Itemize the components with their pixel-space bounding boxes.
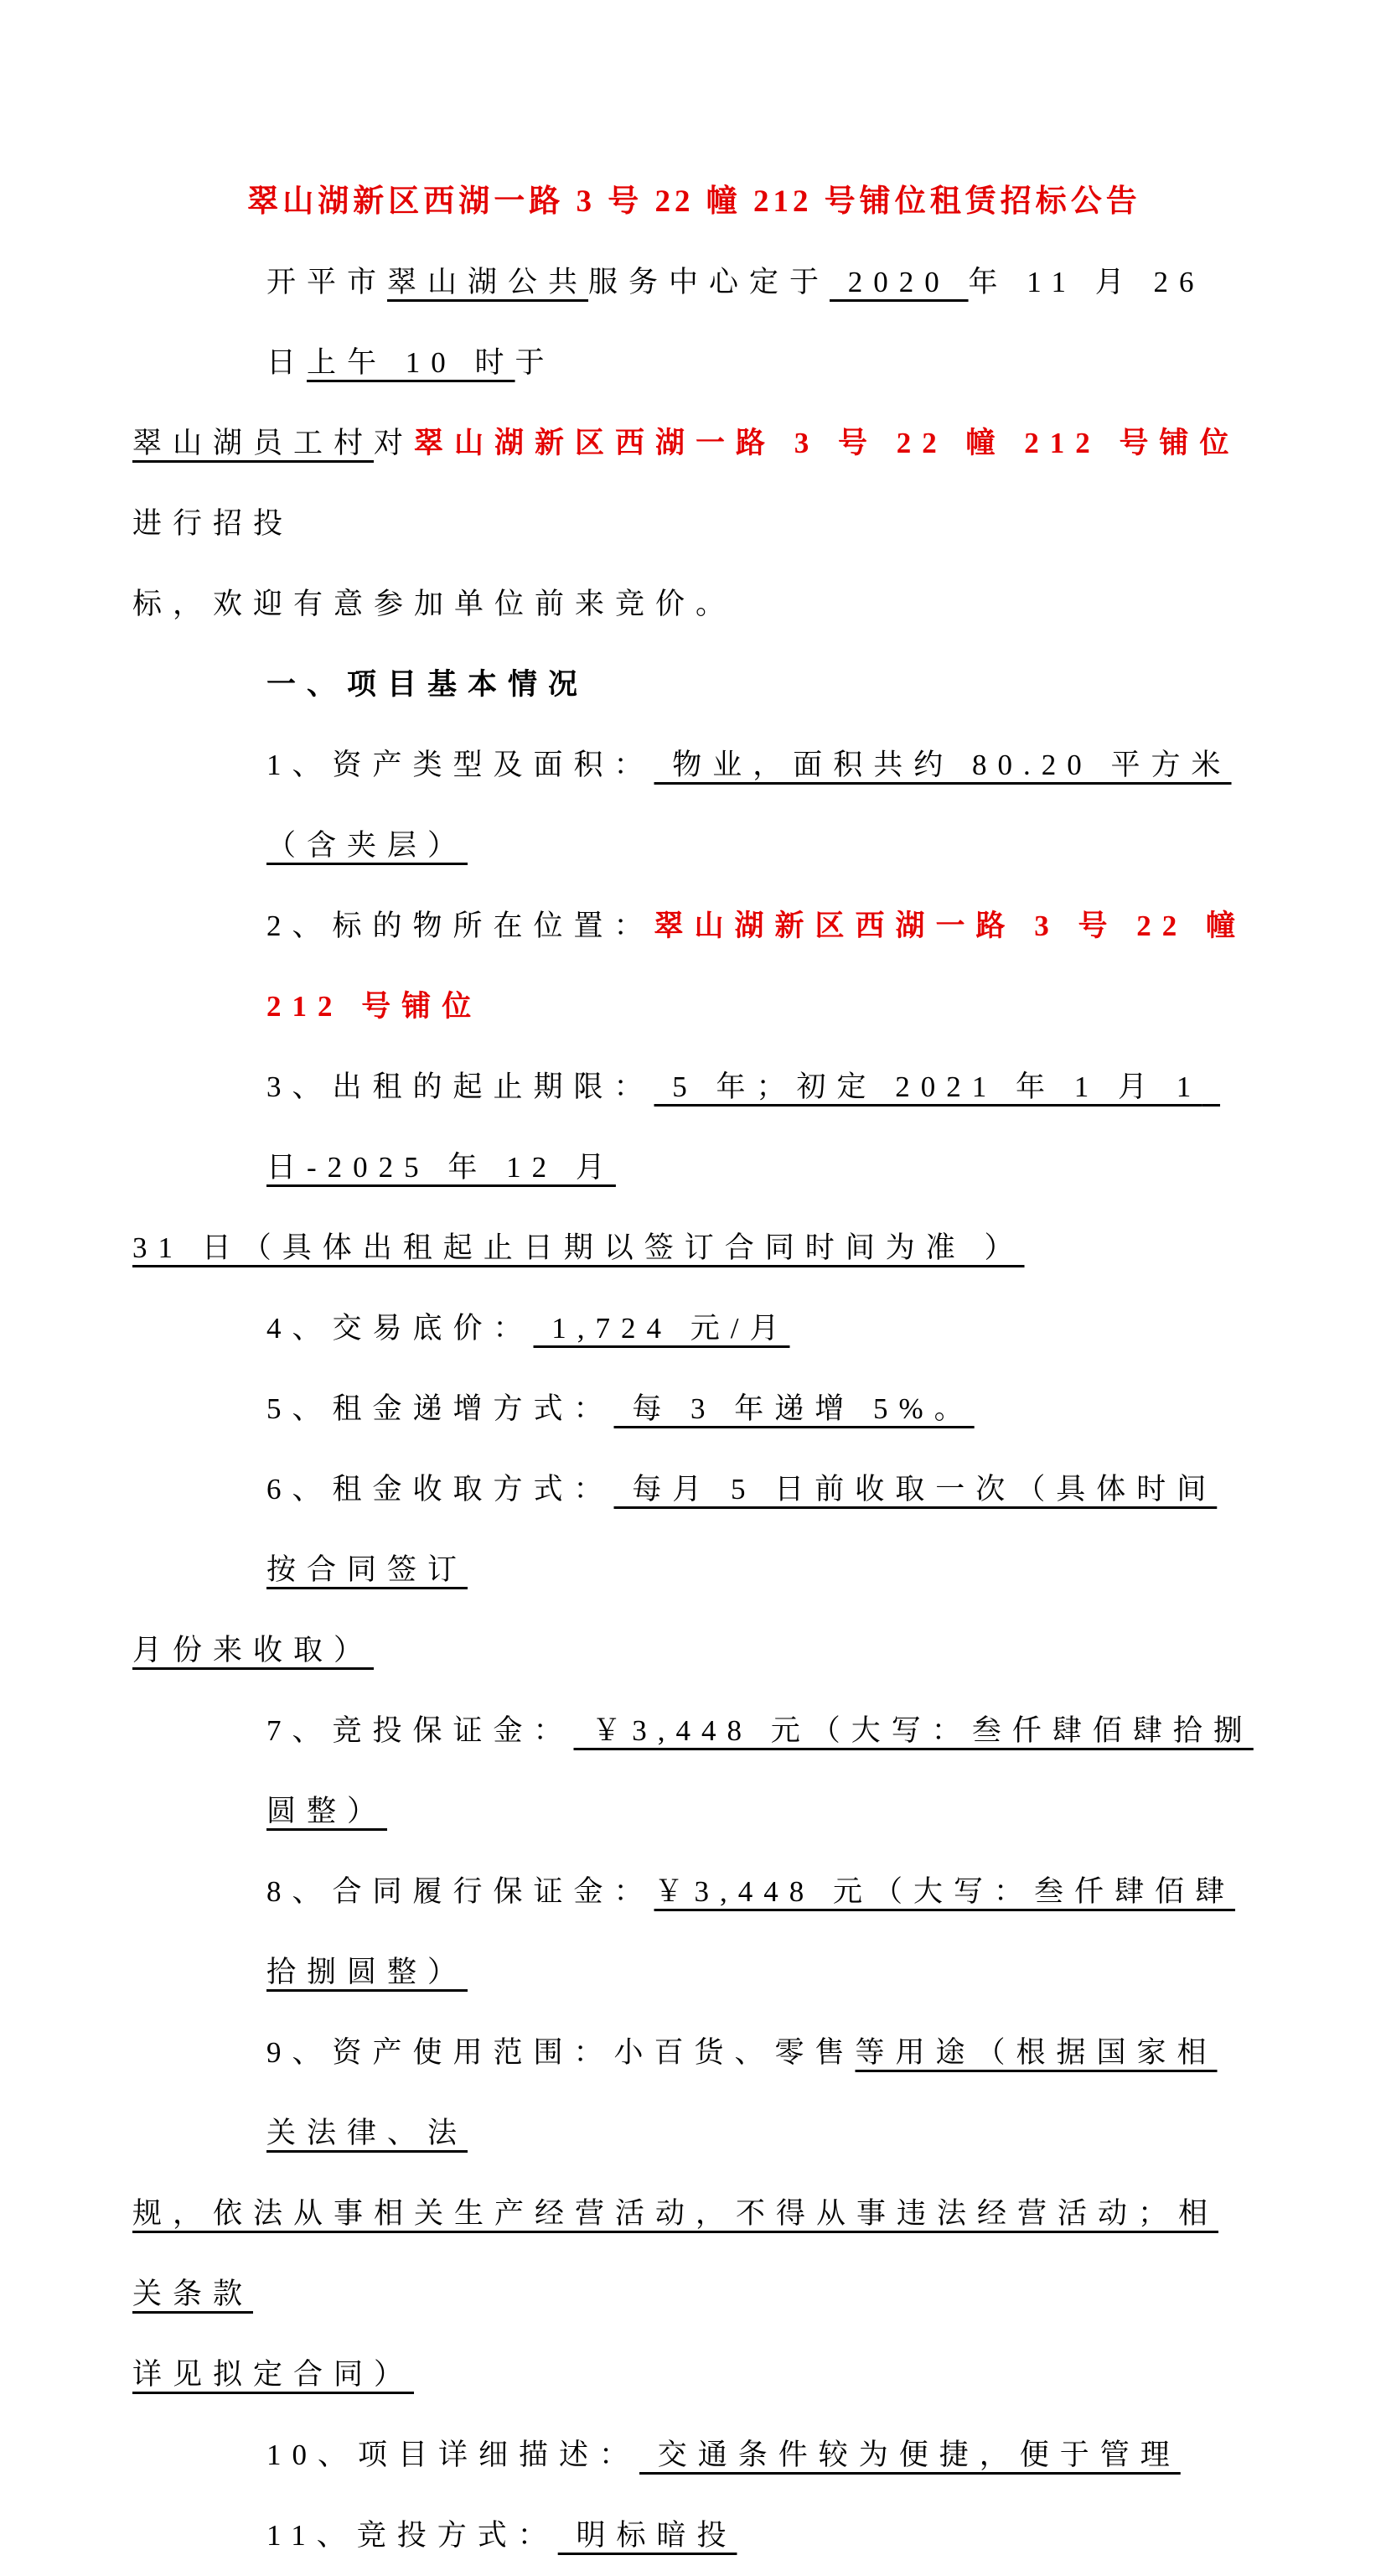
item-3-line-1: 3、出租的起止期限： 5 年；初定 2021 年 1 月 1 日-2025 年 … bbox=[132, 1047, 1256, 1208]
item-5: 5、租金递增方式： 每 3 年递增 5%。 bbox=[132, 1369, 1256, 1449]
text-run: 开平市 bbox=[266, 266, 387, 298]
intro-line-2: 翠山湖员工村对翠山湖新区西湖一路 3 号 22 幢 212 号铺位进行招投 bbox=[132, 403, 1256, 564]
text-run: 5、租金递增方式： bbox=[266, 1392, 614, 1425]
text-run: 2、标的物所在位置： bbox=[266, 910, 654, 942]
text-run: 1、资产类型及面积： bbox=[266, 749, 654, 781]
text-run: 每 3 年递增 5%。 bbox=[614, 1392, 975, 1425]
text-run: 11、竞投方式： bbox=[266, 2519, 558, 2552]
text-run: 进行招投 bbox=[132, 507, 293, 540]
item-11: 11、竞投方式： 明标暗投 bbox=[132, 2496, 1256, 2576]
item-9-line-3: 详见拟定合同） bbox=[132, 2335, 1256, 2415]
text-run: 翠山湖新区西湖一路 3 号 22 幢 212 号铺位 bbox=[414, 427, 1240, 459]
item-6-line-2: 月份来收取） bbox=[132, 1610, 1256, 1691]
item-1: 1、资产类型及面积： 物业，面积共约 80.20 平方米（含夹层） bbox=[132, 725, 1256, 886]
intro-line-3: 标，欢迎有意参加单位前来竞价。 bbox=[132, 564, 1256, 645]
text-run: 一、项目基本情况 bbox=[266, 668, 588, 701]
text-run: 3、出租的起止期限： bbox=[266, 1070, 654, 1103]
text-run: 2020 bbox=[830, 266, 969, 298]
item-4: 4、交易底价： 1,724 元/月 bbox=[132, 1288, 1256, 1369]
document-page: 翠山湖新区西湖一路 3 号 22 幢 212 号铺位租赁招标公告 开平市翠山湖公… bbox=[0, 0, 1386, 1961]
text-run: 上午 10 时 bbox=[307, 346, 515, 379]
text-run: 10、项目详细描述： bbox=[266, 2439, 639, 2471]
item-2: 2、标的物所在位置：翠山湖新区西湖一路 3 号 22 幢 212 号铺位 bbox=[132, 886, 1256, 1047]
item-6-line-1: 6、租金收取方式： 每月 5 日前收取一次（具体时间按合同签订 bbox=[132, 1449, 1256, 1610]
item-10: 10、项目详细描述： 交通条件较为便捷，便于管理 bbox=[132, 2415, 1256, 2496]
text-run: 翠山湖公共 bbox=[387, 266, 588, 298]
text-run: 8、合同履行保证金： bbox=[266, 1875, 654, 1908]
text-run: 1,724 元/月 bbox=[534, 1312, 790, 1345]
text-run: 详见拟定合同） bbox=[132, 2358, 414, 2391]
document-body: 开平市翠山湖公共服务中心定于 2020 年 11 月 26 日上午 10 时于翠… bbox=[132, 242, 1256, 2576]
section-heading: 一、项目基本情况 bbox=[132, 645, 1256, 725]
text-run: 于 bbox=[515, 346, 556, 379]
item-7: 7、竞投保证金： ￥3,448 元（大写：叁仟肆佰肆拾捌圆整） bbox=[132, 1691, 1256, 1852]
document-title: 翠山湖新区西湖一路 3 号 22 幢 212 号铺位租赁招标公告 bbox=[132, 162, 1256, 242]
text-run: 月份来收取） bbox=[132, 1634, 374, 1666]
text-run: 交通条件较为便捷，便于管理 bbox=[639, 2439, 1181, 2471]
text-run: 标，欢迎有意参加单位前来竞价。 bbox=[132, 588, 736, 620]
item-8: 8、合同履行保证金：￥3,448 元（大写：叁仟肆佰肆拾捌圆整） bbox=[132, 1852, 1256, 2013]
text-run: 翠山湖员工村 bbox=[132, 427, 374, 459]
text-run: 7、竞投保证金： bbox=[266, 1714, 574, 1747]
item-3-line-2: 31 日（具体出租起止日期以签订合同时间为准 ） bbox=[132, 1208, 1256, 1288]
item-9-line-2: 规，依法从事相关生产经营活动，不得从事违法经营活动；相关条款 bbox=[132, 2174, 1256, 2335]
intro-line-1: 开平市翠山湖公共服务中心定于 2020 年 11 月 26 日上午 10 时于 bbox=[132, 242, 1256, 403]
item-9-line-1: 9、资产使用范围：小百货、零售等用途（根据国家相关法律、法 bbox=[132, 2013, 1256, 2174]
text-run: 服务中心定于 bbox=[588, 266, 830, 298]
text-run: 明标暗投 bbox=[558, 2519, 737, 2552]
text-run: 9、资产使用范围：小百货、零售 bbox=[266, 2036, 856, 2069]
text-run: 31 日（具体出租起止日期以签订合同时间为准 ） bbox=[132, 1231, 1025, 1264]
text-run: 4、交易底价： bbox=[266, 1312, 534, 1345]
text-run: 规，依法从事相关生产经营活动，不得从事违法经营活动；相关条款 bbox=[132, 2197, 1218, 2310]
text-run: 6、租金收取方式： bbox=[266, 1473, 614, 1506]
text-run: 对 bbox=[374, 427, 414, 459]
